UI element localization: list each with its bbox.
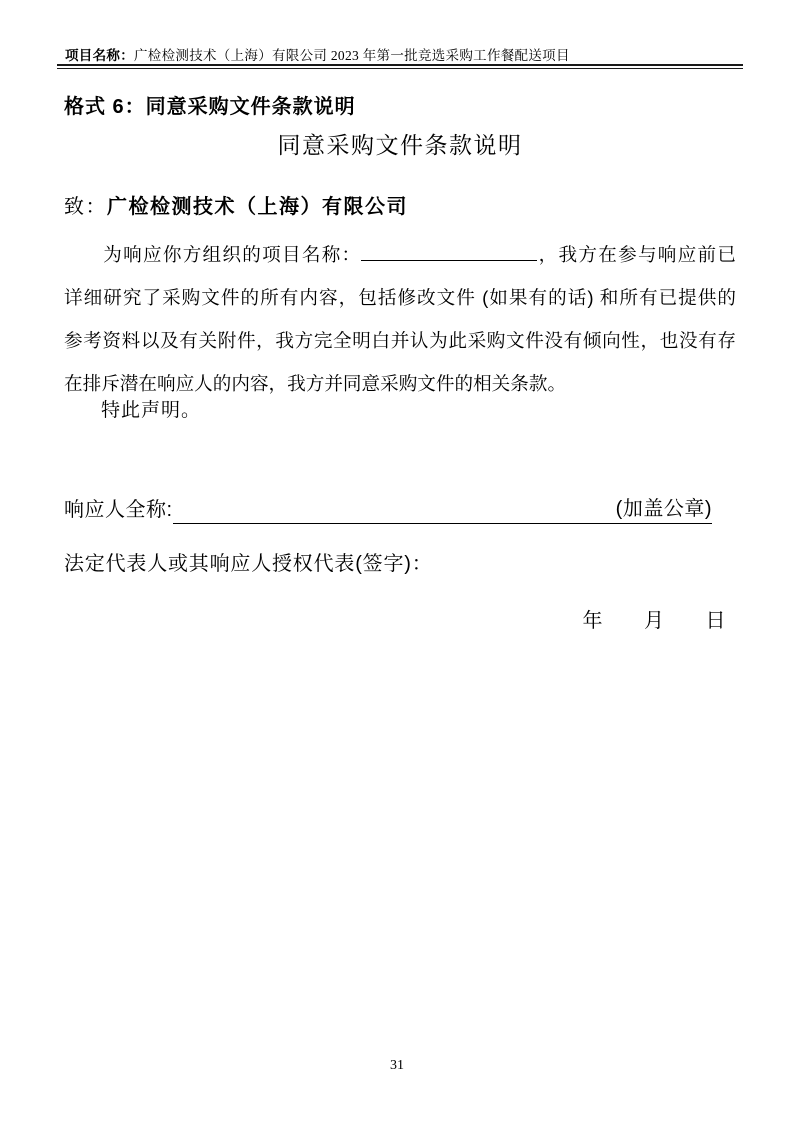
salutation-prefix: 致： bbox=[64, 196, 107, 218]
format-heading: 格式 6：同意采购文件条款说明 bbox=[64, 90, 356, 119]
declaration-line: 特此声明。 bbox=[101, 397, 201, 425]
respondent-name-blank bbox=[173, 497, 616, 524]
date-line: 年 月 日 bbox=[64, 604, 726, 633]
salutation-company: 广检检测技术（上海）有限公司 bbox=[107, 196, 408, 218]
header-project-name: 广检检测技术（上海）有限公司 2023 年第一批竞选采购工作餐配送项目 bbox=[134, 48, 570, 63]
project-name-blank bbox=[361, 245, 537, 261]
salutation-line: 致：广检检测技术（上海）有限公司 bbox=[64, 190, 408, 219]
body-paragraph: 为响应你方组织的项目名称：，我方在参与响应前已 详细研究了采购文件的所有内容，包… bbox=[64, 233, 736, 405]
header-double-rule bbox=[57, 64, 743, 69]
document-page: 项目名称：广检检测技术（上海）有限公司 2023 年第一批竞选采购工作餐配送项目… bbox=[0, 0, 800, 1131]
paragraph-line-1: 为响应你方组织的项目名称：，我方在参与响应前已 bbox=[64, 233, 736, 276]
seal-note: (加盖公章) bbox=[616, 492, 712, 524]
page-number: 31 bbox=[0, 1058, 794, 1074]
respondent-signature-row: 响应人全称: (加盖公章) bbox=[64, 492, 712, 524]
document-title: 同意采购文件条款说明 bbox=[0, 127, 800, 160]
page-header: 项目名称：广检检测技术（上海）有限公司 2023 年第一批竞选采购工作餐配送项目 bbox=[65, 44, 570, 64]
line1-text-after-blank: ，我方在参与响应前已 bbox=[537, 244, 736, 265]
representative-signature-label: 法定代表人或其响应人授权代表(签字)： bbox=[64, 547, 433, 576]
line1-text-before-blank: 为响应你方组织的项目名称： bbox=[102, 244, 361, 265]
respondent-name-label: 响应人全称: bbox=[64, 493, 173, 524]
paragraph-line-3: 参考资料以及有关附件，我方完全明白并认为此采购文件没有倾向性，也没有存 bbox=[64, 319, 736, 362]
paragraph-line-2: 详细研究了采购文件的所有内容，包括修改文件 (如果有的话) 和所有已提供的 bbox=[64, 276, 736, 319]
header-project-label: 项目名称： bbox=[65, 48, 134, 63]
